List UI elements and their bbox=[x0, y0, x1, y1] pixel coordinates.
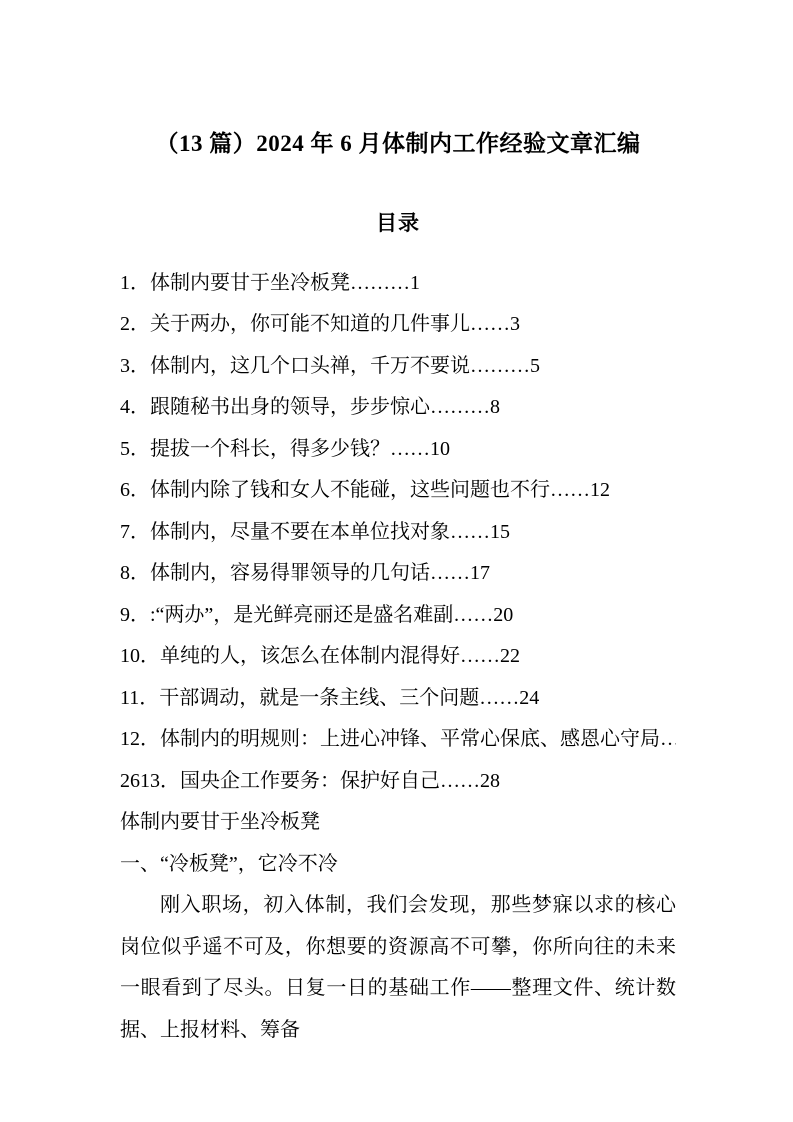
article-paragraph: 刚入职场，初入体制，我们会发现，那些梦寐以求的核心岗位似乎遥不可及，你想要的资源… bbox=[120, 885, 676, 1051]
toc-entry-2: 2．关于两办，你可能不知道的几件事儿……3 bbox=[120, 304, 676, 346]
content-block: 1．体制内要甘于坐冷板凳………1 2．关于两办，你可能不知道的几件事儿……3 3… bbox=[120, 263, 676, 1052]
toc-entry-8: 8．体制内，容易得罪领导的几句话……17 bbox=[120, 553, 676, 595]
toc-entry-7: 7．体制内，尽量不要在本单位找对象……15 bbox=[120, 512, 676, 554]
toc-entry-6: 6．体制内除了钱和女人不能碰，这些问题也不行……12 bbox=[120, 470, 676, 512]
document-title: （13 篇）2024 年 6 月体制内工作经验文章汇编 bbox=[120, 130, 676, 159]
toc-entry-12: 12．体制内的明规则：上进心冲锋、平常心保底、感恩心守局…… bbox=[120, 719, 676, 761]
toc-entry-4: 4．跟随秘书出身的领导，步步惊心………8 bbox=[120, 387, 676, 429]
toc-entry-11: 11．干部调动，就是一条主线、三个问题……24 bbox=[120, 678, 676, 720]
toc-entry-10: 10．单纯的人，该怎么在体制内混得好……22 bbox=[120, 636, 676, 678]
document-page: （13 篇）2024 年 6 月体制内工作经验文章汇编 目录 1．体制内要甘于坐… bbox=[0, 0, 793, 1122]
page-content: （13 篇）2024 年 6 月体制内工作经验文章汇编 目录 1．体制内要甘于坐… bbox=[0, 130, 793, 1051]
toc-entry-13-wrapped: 2613．国央企工作要务：保护好自己……28 bbox=[120, 761, 676, 803]
toc-heading: 目录 bbox=[120, 211, 676, 236]
toc-entry-9: 9．:“两办”，是光鲜亮丽还是盛名难副……20 bbox=[120, 595, 676, 637]
toc-entry-5: 5．提拔一个科长，得多少钱？……10 bbox=[120, 429, 676, 471]
toc-entry-1: 1．体制内要甘于坐冷板凳………1 bbox=[120, 263, 676, 305]
toc-entry-3: 3．体制内，这几个口头禅，千万不要说………5 bbox=[120, 346, 676, 388]
article-section-heading: 一、“冷板凳”，它冷不冷 bbox=[120, 844, 676, 886]
article-title: 体制内要甘于坐冷板凳 bbox=[120, 802, 676, 844]
